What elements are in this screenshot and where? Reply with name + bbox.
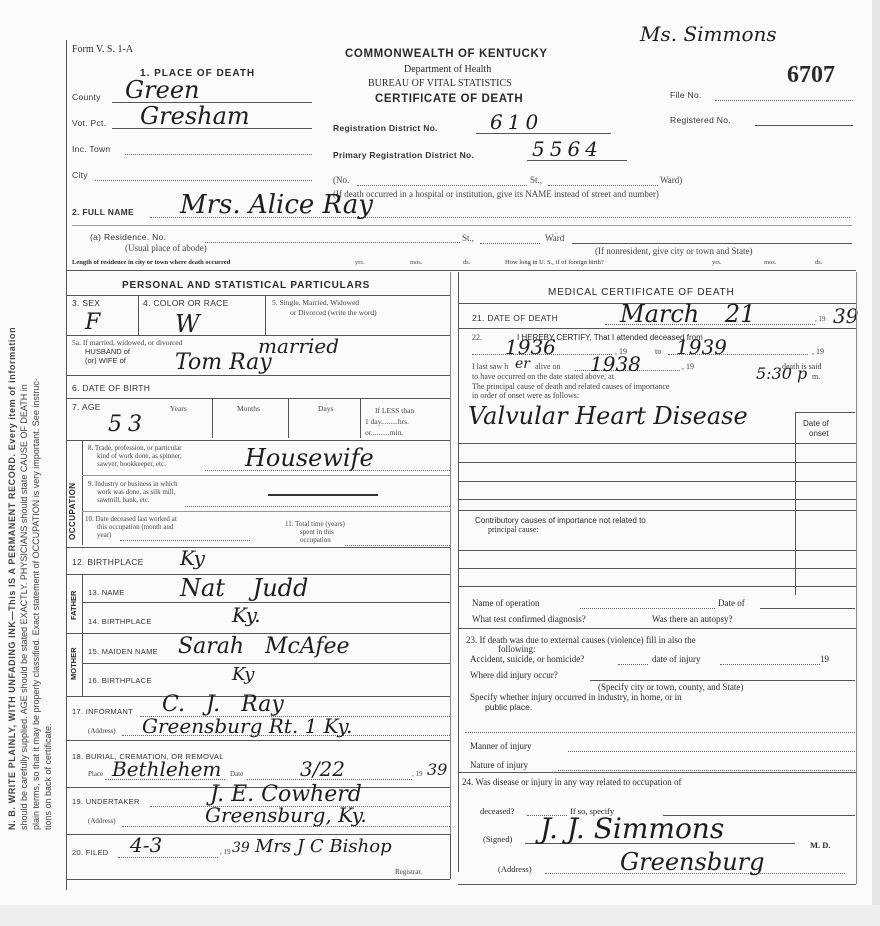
attended-to-value: 1939	[676, 335, 727, 359]
spouse-label-1: 5a. If married, widowed, or divorced	[72, 338, 182, 347]
nature-line	[558, 770, 855, 771]
form-bottom-right	[458, 884, 856, 885]
registrar-label: Registrar.	[395, 868, 422, 876]
attended-end: , 19	[812, 347, 824, 356]
cause-line-2	[458, 462, 856, 463]
occupation-question: 24. Was disease or injury in any way rel…	[462, 777, 682, 787]
father-side-label: FATHER	[69, 591, 78, 620]
age-label: 7. AGE	[72, 402, 101, 412]
certificate-title: CERTIFICATE OF DEATH	[375, 93, 523, 105]
res-ward-label: Ward	[545, 233, 564, 243]
form-right-border	[856, 272, 857, 884]
residence-sub: (Usual place of abode)	[125, 243, 207, 253]
mother-birthplace-label: 16. BIRTHPLACE	[88, 676, 152, 685]
father-name-value: Nat Judd	[180, 574, 308, 602]
cause-line-1	[458, 443, 856, 444]
occupation-side-label: OCCUPATION	[68, 482, 77, 540]
registered-no-line	[755, 125, 853, 126]
spouse-value: Tom Ray	[175, 350, 272, 375]
county-label: County	[72, 92, 101, 102]
row-nature-bottom	[458, 772, 856, 773]
father-birthplace-value: Ky.	[232, 603, 261, 627]
row-undertaker-bottom	[66, 834, 450, 835]
margin-line-3: plain terms, so that it may be properly …	[30, 327, 42, 830]
burial-year-value: 39	[427, 760, 447, 779]
state-title: COMMONWEALTH OF KENTUCKY	[345, 48, 548, 60]
injury-year: 19	[820, 654, 829, 664]
mother-maiden-label: 15. MAIDEN NAME	[88, 647, 158, 656]
physician-address-label: (Address)	[498, 864, 532, 874]
len-ds: ds.	[463, 259, 470, 266]
st-line	[548, 185, 658, 186]
row-occupation-bottom	[66, 547, 450, 548]
foreign-ds: ds.	[815, 259, 822, 266]
sex-label: 3. SEX	[72, 298, 100, 308]
less-than-2: 1 day.........hrs.	[365, 417, 409, 426]
where-label: Where did injury occur?	[470, 670, 558, 680]
residence-label: (a) Residence. No.	[90, 232, 166, 242]
length-residence-label: Length of residence in city or town wher…	[72, 259, 230, 266]
burial-date-label: Date	[230, 770, 243, 778]
autopsy-label: Was there an autopsy?	[652, 614, 733, 624]
md-label: M. D.	[810, 840, 831, 850]
registrar-box-right	[450, 834, 451, 879]
no-label: (No.	[333, 175, 349, 185]
dod-label: 21. DATE OF DEATH	[472, 313, 558, 323]
row-mother-name-bottom	[82, 663, 450, 664]
less-than-3: or..........min.	[365, 428, 403, 437]
filed-year-value: 39	[232, 840, 250, 856]
spouse-label-3: (or) WIFE of	[85, 356, 126, 365]
form-bottom-left	[66, 879, 450, 880]
spouse-label-2: HUSBAND of	[85, 347, 130, 356]
where-sub: (Specify city or town, county, and State…	[598, 682, 743, 692]
cause-text-2: in order of onset were as follows:	[472, 391, 579, 400]
industry-label-1: 9. Industry or business in which	[88, 480, 177, 488]
injury-date-label: date of injury	[652, 654, 701, 664]
row-dob-bottom	[66, 398, 450, 399]
vot-pct-label: Vot. Pct.	[72, 118, 106, 128]
occurred-text: to have occurred on the date stated abov…	[472, 372, 614, 381]
full-name-value: Mrs. Alice Ray	[180, 190, 373, 220]
total-time-label-3: occupation	[300, 536, 331, 544]
attended-to-label: to	[655, 347, 661, 356]
inc-town-line	[125, 154, 312, 155]
row-trade-bottom	[82, 475, 450, 476]
row-father-name-bottom	[82, 602, 450, 603]
bureau: BUREAU OF VITAL STATISTICS	[368, 78, 512, 89]
contrib-line-2	[458, 568, 856, 569]
months-label: Months	[237, 404, 260, 413]
birthplace-label: 12. BIRTHPLACE	[72, 557, 144, 567]
industry-dash	[268, 494, 378, 496]
len-mos: mos.	[410, 259, 422, 266]
last-worked-label-1: 10. Date deceased last worked at	[85, 515, 177, 523]
years-label: Years	[170, 404, 187, 413]
reg-district-value: 610	[490, 110, 543, 134]
operation-date-line	[760, 608, 855, 609]
physician-address-value: Greensburg	[620, 848, 764, 876]
len-yrs: yrs.	[355, 259, 365, 266]
cause-line-5	[458, 510, 856, 511]
last-worked-line	[120, 540, 250, 541]
father-birthplace-label: 14. BIRTHPLACE	[88, 617, 152, 626]
nature-label: Nature of injury	[470, 760, 528, 770]
row-spouse-bottom	[66, 375, 450, 376]
personal-heading-line	[66, 295, 450, 296]
row-dod-bottom	[458, 328, 856, 329]
row-informant-bottom	[66, 740, 450, 741]
section-divider-top	[66, 270, 856, 271]
left-section-right-border	[450, 272, 451, 872]
last-worked-label-3: year)	[97, 531, 111, 539]
file-no-line	[715, 100, 853, 101]
city-label: City	[72, 170, 88, 180]
last-saw-mid: alive on	[535, 362, 561, 371]
where-line	[590, 680, 855, 681]
onset-box-top	[795, 412, 855, 413]
last-saw-pronoun: er	[515, 356, 530, 372]
filed-label: 20. FILED	[72, 848, 108, 857]
age-divider-2	[288, 398, 289, 438]
operation-date-label: Date of	[718, 598, 745, 608]
total-time-label-2: spent in this	[300, 528, 334, 536]
full-name-underline	[72, 225, 852, 226]
primary-reg-value: 5564	[532, 137, 603, 161]
parents-side-divider	[82, 574, 83, 696]
trade-label-2: kind of work done, as spinner,	[97, 452, 182, 460]
onset-label-1: Date of	[803, 419, 829, 428]
operation-line	[580, 608, 715, 609]
cause-text-1: The principal cause of death and related…	[472, 382, 669, 391]
trade-value: Housewife	[245, 444, 374, 472]
sex-divider	[138, 295, 139, 335]
contrib-line-3	[458, 586, 856, 587]
department: Department of Health	[404, 64, 491, 75]
personal-heading: PERSONAL AND STATISTICAL PARTICULARS	[122, 280, 370, 291]
marital-label-2: or Divorced (write the word)	[290, 308, 377, 317]
cause-value: Valvular Heart Disease	[468, 402, 748, 430]
last-worked-label-2: this occupation (month and	[97, 523, 173, 531]
trade-label-1: 8. Trade, profession, or particular	[88, 444, 182, 452]
time-value: 5:30 p	[756, 364, 807, 383]
industry-label-3: sawmill, bank, etc.	[97, 496, 150, 504]
residence-line	[205, 242, 460, 243]
industry-line	[185, 506, 450, 507]
contributory-2: principal cause:	[488, 525, 538, 534]
age-divider-1	[212, 398, 213, 438]
birthplace-value: Ky	[180, 546, 205, 570]
row-industry-bottom	[82, 511, 450, 512]
cause-line-4	[458, 499, 856, 500]
contrib-line-1	[458, 550, 856, 551]
margin-instructions: N. B. WRITE PLAINLY, WITH UNFADING INK—T…	[6, 327, 54, 830]
accident-label: Accident, suicide, or homicide?	[470, 654, 584, 664]
informant-label: 17. INFORMANT	[72, 707, 133, 716]
column-divider	[458, 272, 459, 872]
cause-line-3	[458, 481, 856, 482]
filed-date-value: 4-3	[130, 833, 162, 857]
total-time-label-1: 11. Total time (years)	[285, 520, 345, 528]
marital-label-1: 5. Single, Married, Widowed	[272, 298, 359, 307]
reg-district-label: Registration District No.	[333, 123, 438, 133]
certify-no: 22.	[472, 333, 482, 342]
age-value: 53	[108, 412, 148, 437]
onset-label-2: onset	[809, 429, 829, 438]
foreign-yrs: yrs.	[712, 259, 722, 266]
dob-label: 6. DATE OF BIRTH	[72, 383, 150, 393]
file-no-label: File No.	[670, 90, 702, 100]
form-left-border	[66, 40, 67, 890]
top-annotation: Ms. Simmons	[640, 22, 777, 46]
mother-side-label: MOTHER	[69, 648, 78, 681]
ward-label: Ward)	[660, 175, 682, 185]
dod-year-prefix: , 19	[815, 315, 826, 323]
hospital-note: (If death occurred in a hospital or inst…	[333, 189, 659, 199]
physician-signature: J. J. Simmons	[540, 812, 724, 845]
external-2: following:	[498, 644, 536, 654]
file-number-stamp: 6707	[787, 62, 835, 89]
specify-line	[465, 732, 855, 733]
form-number: Form V. S. 1-A	[72, 44, 133, 55]
mother-birthplace-value: Ky	[232, 664, 254, 685]
manner-label: Manner of injury	[470, 741, 531, 751]
death-certificate: N. B. WRITE PLAINLY, WITH UNFADING INK—T…	[0, 0, 880, 926]
time-end: m.	[812, 372, 820, 381]
margin-line-1: N. B. WRITE PLAINLY, WITH UNFADING INK—T…	[6, 327, 18, 830]
informant-address-value: Greensburg Rt. 1 Ky.	[142, 714, 352, 738]
deceased-label: deceased?	[480, 806, 514, 816]
father-name-label: 13. NAME	[88, 588, 125, 597]
trade-label-3: sawyer, bookkeeper, etc.	[97, 460, 166, 468]
specify-1: Specify whether injury occurred in indus…	[470, 692, 682, 702]
full-name-label: 2. FULL NAME	[72, 207, 134, 217]
margin-line-2: should be carefully supplied. AGE should…	[18, 327, 30, 830]
undertaker-address-label: (Address)	[88, 817, 116, 825]
undertaker-address-value: Greensburg, Ky.	[205, 803, 367, 827]
informant-address-label: (Address)	[88, 727, 116, 735]
res-st-label: St.,	[462, 233, 474, 243]
race-label: 4. COLOR OR RACE	[143, 298, 229, 308]
st-label: St.,	[530, 175, 542, 185]
last-saw-end: , 19	[682, 362, 694, 371]
operation-label: Name of operation	[472, 598, 539, 608]
test-label: What test confirmed diagnosis?	[472, 614, 586, 624]
less-than-1: If LESS than	[375, 406, 414, 415]
burial-year-prefix: , 19	[412, 770, 423, 778]
industry-label-2: work was done, as silk mill,	[97, 488, 175, 496]
scan-edge-bottom	[0, 905, 880, 926]
last-saw-label: I last saw h	[472, 362, 508, 371]
burial-place-label: Place	[88, 770, 103, 778]
city-line	[95, 180, 312, 181]
no-line	[357, 185, 527, 186]
row-test-bottom	[458, 628, 856, 629]
primary-reg-label: Primary Registration District No.	[333, 150, 474, 160]
registered-no-label: Registered No.	[670, 115, 731, 125]
dod-value: March 21	[620, 300, 755, 328]
foreign-label: How long in U. S., if of foreign birth?	[505, 259, 604, 266]
mother-maiden-value: Sarah McAfee	[178, 634, 350, 659]
foreign-mos: mos.	[764, 259, 776, 266]
medical-heading: MEDICAL CERTIFICATE OF DEATH	[548, 287, 735, 298]
injury-date-line	[720, 664, 820, 665]
margin-line-4: tions on back of certificate.	[42, 327, 54, 830]
undertaker-label: 19. UNDERTAKER	[72, 797, 140, 806]
nonresident-note: (If nonresident, give city or town and S…	[595, 246, 752, 256]
manner-line	[568, 751, 855, 752]
vot-pct-value: Gresham	[140, 102, 250, 130]
race-value: W	[175, 310, 200, 338]
row-age-bottom	[66, 440, 450, 441]
scan-edge-right	[872, 0, 880, 926]
dod-year: 39	[833, 304, 858, 328]
burial-date-value: 3/22	[300, 757, 345, 781]
contributory-1: Contributory causes of importance not re…	[475, 516, 646, 525]
filed-year-prefix: , 19	[220, 848, 231, 856]
total-time-line	[345, 545, 450, 546]
specify-2: public place.	[485, 702, 532, 712]
inc-town-label: Inc. Town	[72, 144, 110, 154]
county-value: Green	[125, 76, 200, 104]
attended-from-value: 1936	[505, 335, 556, 359]
race-divider	[265, 295, 266, 335]
burial-place-value: Bethlehem	[112, 757, 221, 781]
res-ward-line	[572, 243, 852, 244]
signed-label: (Signed)	[483, 834, 512, 844]
filed-line	[118, 857, 218, 858]
occupation-side-divider	[82, 440, 83, 545]
registrar-signature: Mrs J C Bishop	[255, 836, 392, 857]
accident-line	[618, 664, 648, 665]
days-label: Days	[318, 404, 333, 413]
sex-value: F	[85, 310, 100, 335]
age-divider-3	[360, 398, 361, 438]
res-st-line	[480, 243, 540, 244]
